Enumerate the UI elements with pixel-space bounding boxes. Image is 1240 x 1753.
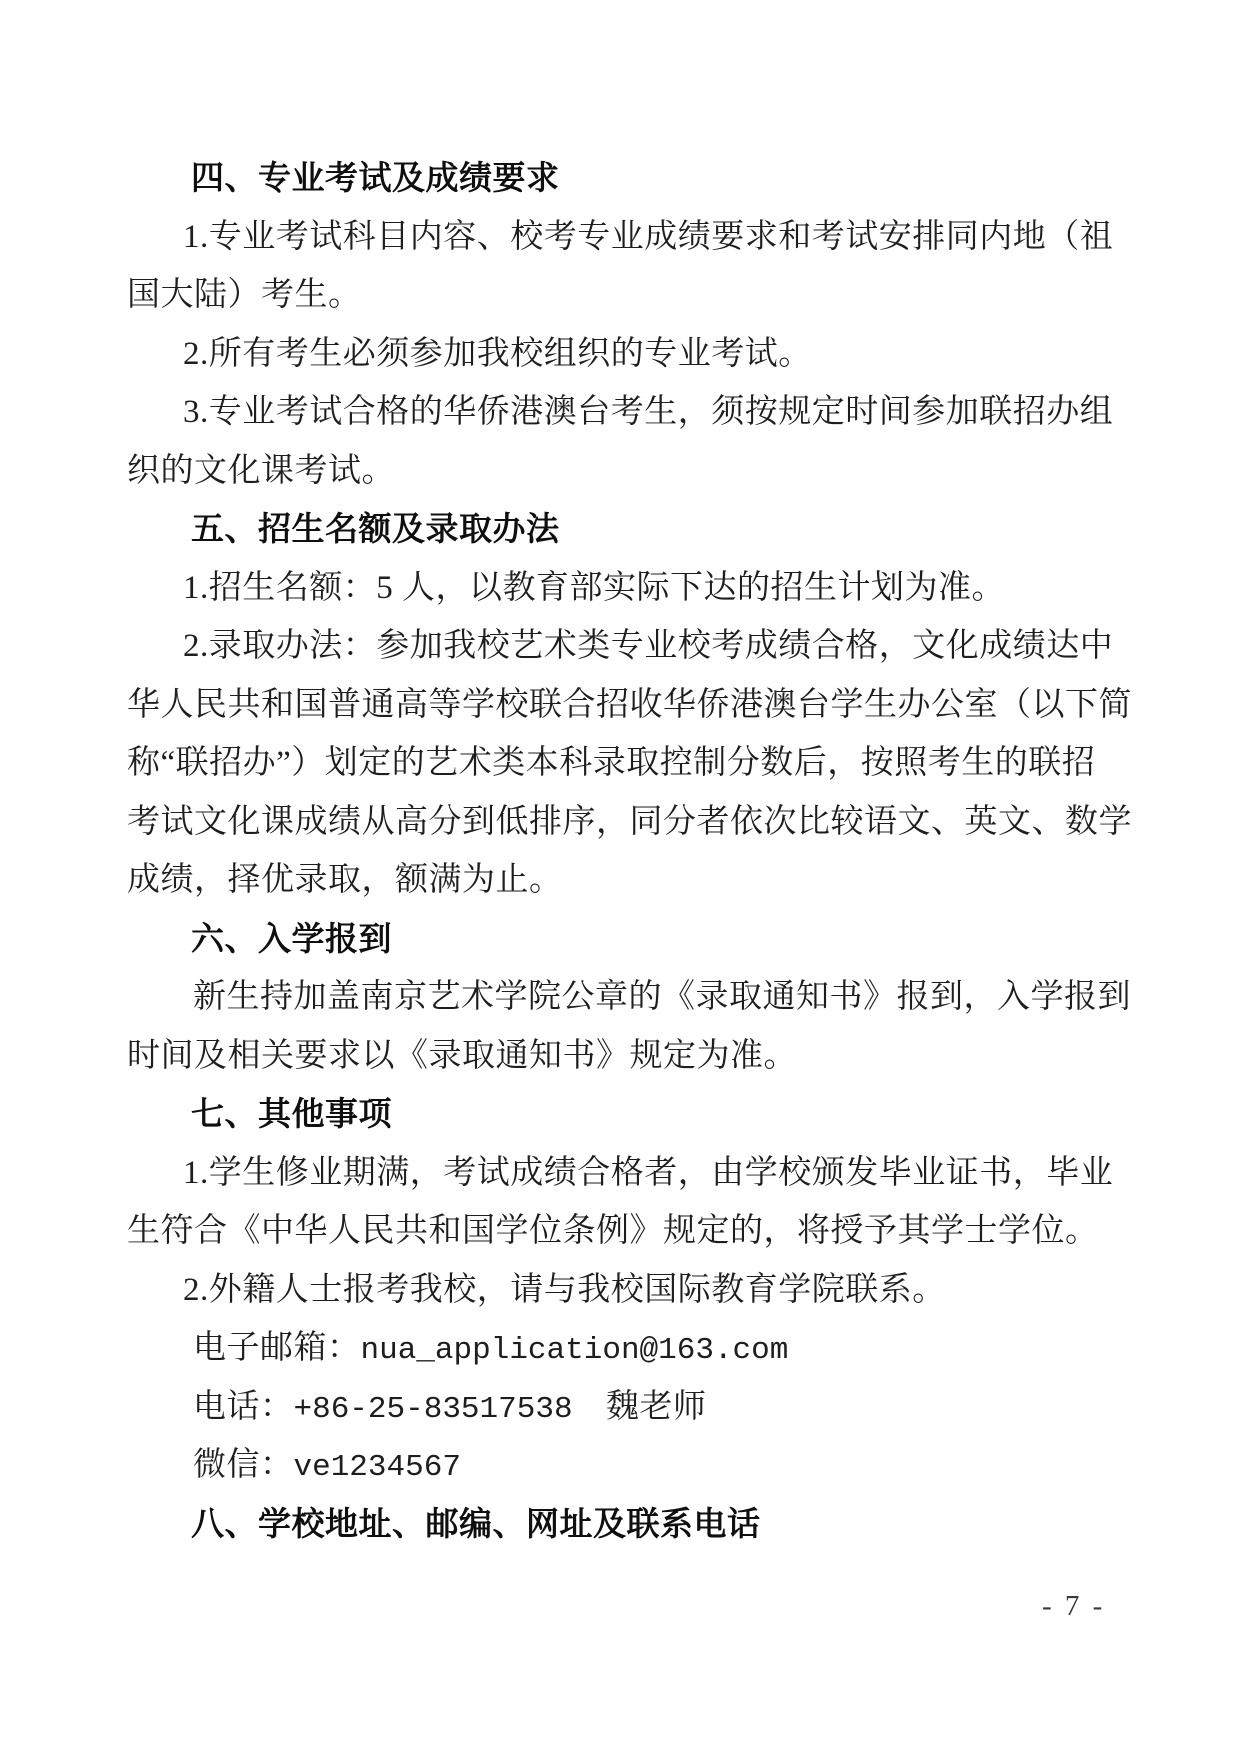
page-number: - 7 - xyxy=(1042,1590,1162,1623)
para-line: 新生持加盖南京艺术学院公章的《录取通知书》报到，入学报到 xyxy=(127,968,1147,1027)
para-line: 1.招生名额：5 人，以教育部实际下达的招生计划为准。 xyxy=(127,559,1147,618)
para-line: 1.学生修业期满，考试成绩合格者，由学校颁发毕业证书，毕业 xyxy=(127,1144,1147,1203)
para-line: 2.录取办法：参加我校艺术类专业校考成绩合格，文化成绩达中 xyxy=(127,617,1147,676)
para-line: 织的文化课考试。 xyxy=(127,442,1147,501)
wechat-line: 微信：ve1234567 xyxy=(127,1436,1147,1495)
email-label: 电子邮箱： xyxy=(193,1330,361,1366)
document-body: 四、专业考试及成绩要求 1.专业考试科目内容、校考专业成绩要求和考试安排同内地（… xyxy=(127,149,1147,1553)
para-line: 2.所有考生必须参加我校组织的专业考试。 xyxy=(127,325,1147,384)
email-value: nua_application@163.com xyxy=(361,1333,789,1368)
para-line: 时间及相关要求以《录取通知书》规定为准。 xyxy=(127,1027,1147,1086)
heading-section-7: 七、其他事项 xyxy=(127,1085,1147,1144)
para-line: 1.专业考试科目内容、校考专业成绩要求和考试安排同内地（祖 xyxy=(127,208,1147,267)
para-line: 国大陆）考生。 xyxy=(127,266,1147,325)
para-line: 考试文化课成绩从高分到低排序，同分者依次比较语文、英文、数学 xyxy=(127,793,1147,852)
wechat-label: 微信： xyxy=(193,1447,294,1483)
email-line: 电子邮箱：nua_application@163.com xyxy=(127,1319,1147,1378)
phone-value: +86-25-83517538 xyxy=(294,1392,573,1427)
para-line: 成绩，择优录取，额满为止。 xyxy=(127,851,1147,910)
phone-label: 电话： xyxy=(193,1389,294,1425)
phone-line: 电话：+86-25-83517538 魏老师 xyxy=(127,1378,1147,1437)
wechat-value: ve1234567 xyxy=(294,1450,461,1485)
para-line: 华人民共和国普通高等学校联合招收华侨港澳台学生办公室（以下简 xyxy=(127,676,1147,735)
heading-section-4: 四、专业考试及成绩要求 xyxy=(127,149,1147,208)
para-line: 2.外籍人士报考我校，请与我校国际教育学院联系。 xyxy=(127,1261,1147,1320)
para-line: 生符合《中华人民共和国学位条例》规定的，将授予其学士学位。 xyxy=(127,1202,1147,1261)
para-line: 称“联招办”）划定的艺术类本科录取控制分数后，按照考生的联招 xyxy=(127,734,1147,793)
phone-contact-name: 魏老师 xyxy=(573,1389,707,1425)
heading-section-6: 六、入学报到 xyxy=(127,910,1147,969)
para-line: 3.专业考试合格的华侨港澳台考生，须按规定时间参加联招办组 xyxy=(127,383,1147,442)
heading-section-8: 八、学校地址、邮编、网址及联系电话 xyxy=(127,1495,1147,1554)
heading-section-5: 五、招生名额及录取办法 xyxy=(127,500,1147,559)
document-page: 四、专业考试及成绩要求 1.专业考试科目内容、校考专业成绩要求和考试安排同内地（… xyxy=(0,0,1240,1753)
